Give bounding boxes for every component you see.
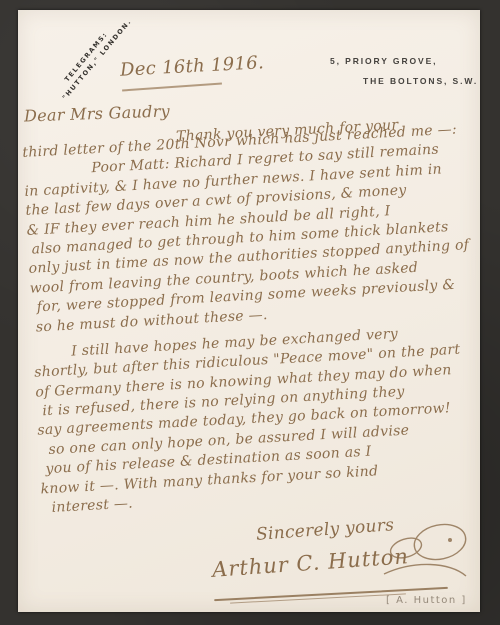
letter-date: Dec 16th 1916.: [120, 52, 265, 81]
pencil-annotation: [ A. Hutton ]: [386, 595, 467, 606]
letterhead-address-line2: THE BOLTONS, S.W.: [363, 76, 478, 86]
letterhead-address-line1: 5, PRIORY GROVE,: [330, 56, 437, 66]
telegrams-label: TELEGRAMS:: [45, 9, 127, 104]
letter-body: third letter of the 20th Novr which has …: [22, 120, 500, 520]
scan-background: TELEGRAMS: "HUTTON," LONDON. 5, PRIORY G…: [0, 0, 500, 625]
date-underline: [122, 83, 222, 91]
letter-paper: TELEGRAMS: "HUTTON," LONDON. 5, PRIORY G…: [18, 10, 480, 612]
salutation: Dear Mrs Gaudry: [24, 101, 171, 125]
